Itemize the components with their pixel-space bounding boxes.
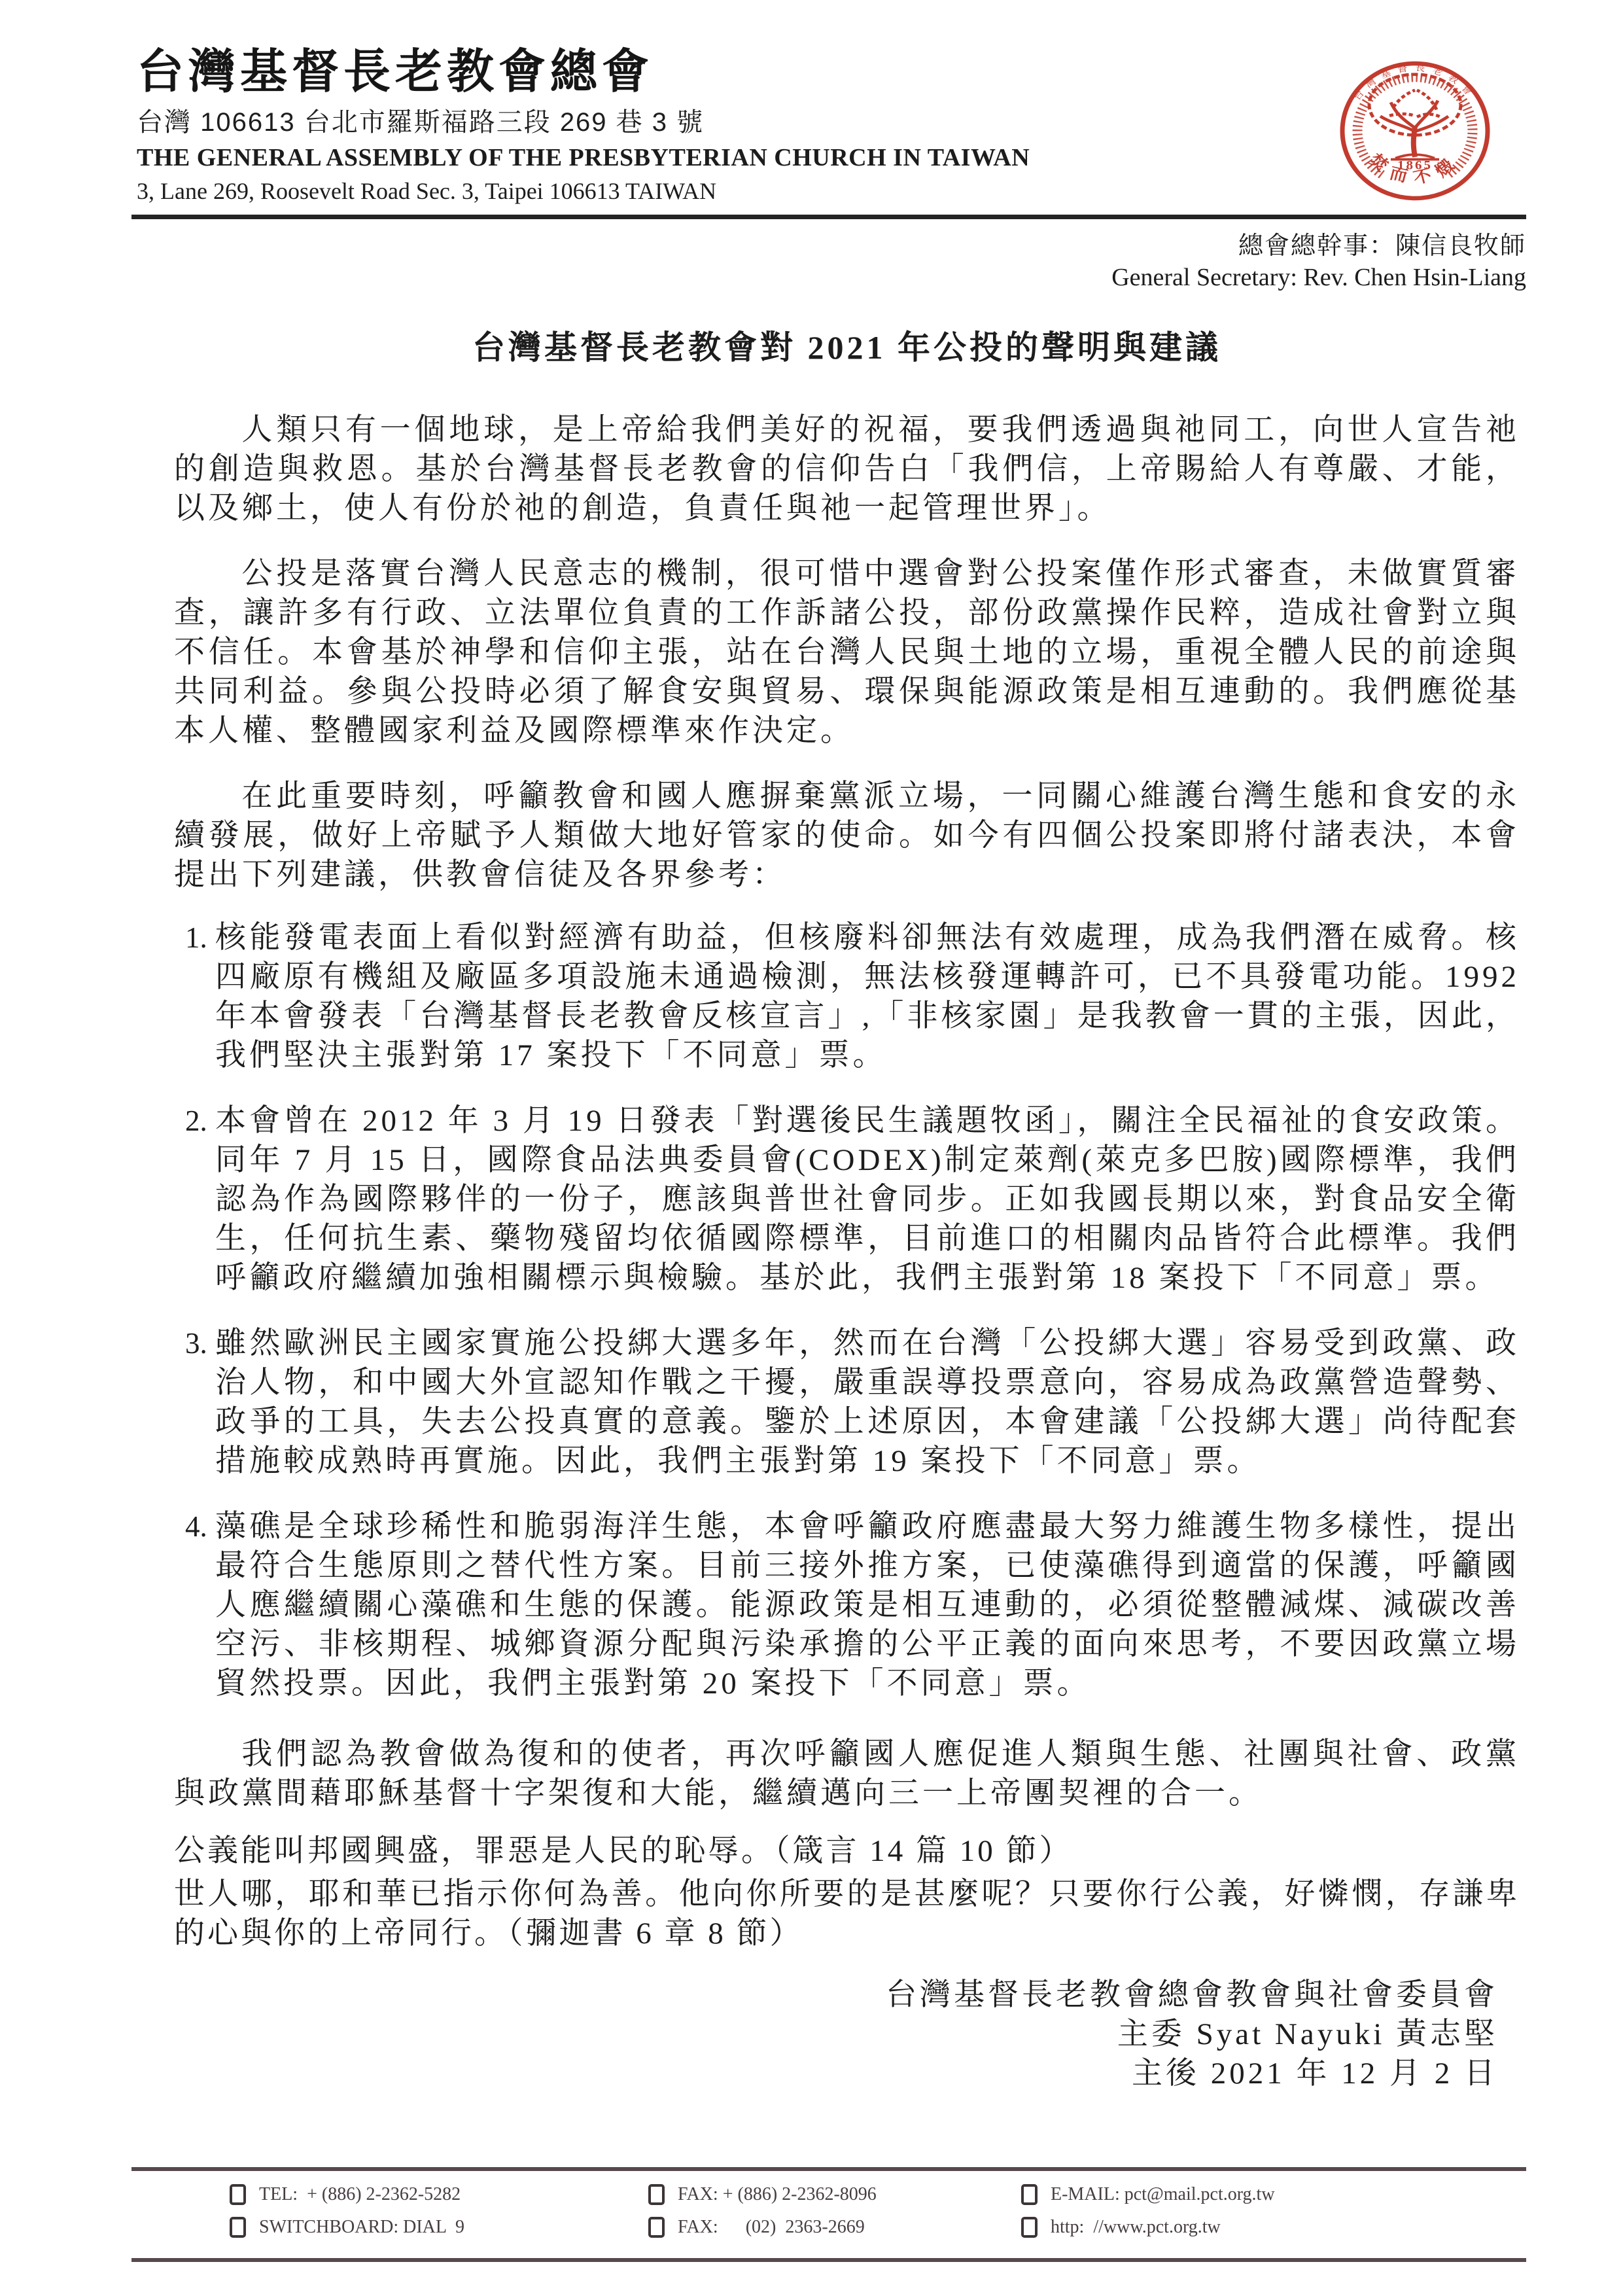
list-item: 4. 藻礁是全球珍稀性和脆弱海洋生態，本會呼籲政府應盡最大努力維護生物多樣性，提… (174, 1507, 1520, 1703)
signature-block: 台灣基督長老教會總會教會與社會委員會 主委 Syat Nayuki 黃志堅 主後… (174, 1975, 1520, 2093)
checkbox-icon (1021, 2184, 1038, 2205)
paragraph-intro: 人類只有一個地球，是上帝給我們美好的祝福，要我們透過與祂同工，向世人宣告祂的創造… (174, 410, 1520, 528)
list-item: 3. 雖然歐洲民主國家實施公投綁大選多年，然而在台灣「公投綁大選」容易受到政黨、… (174, 1324, 1520, 1481)
checkbox-icon (648, 2217, 665, 2238)
footer-item-tel: TEL: + (886) 2-2362-5282 (230, 2181, 464, 2208)
secretary-title-zh: 總會總幹事：陳信良牧師 (1111, 230, 1526, 262)
signature-committee: 台灣基督長老教會總會教會與社會委員會 (174, 1975, 1498, 2015)
signature-date: 主後 2021 年 12 月 2 日 (174, 2054, 1498, 2093)
footer-contact-bar: TEL: + (886) 2-2362-5282 SWITCHBOARD: DI… (131, 2167, 1526, 2262)
checkbox-icon (230, 2184, 246, 2205)
item-text: 雖然歐洲民主國家實施公投綁大選多年，然而在台灣「公投綁大選」容易受到政黨、政治人… (215, 1324, 1520, 1481)
checkbox-icon (230, 2217, 246, 2238)
secretary-block: 總會總幹事：陳信良牧師 General Secretary: Rev. Chen… (1111, 230, 1526, 293)
secretary-title-en: General Secretary: Rev. Chen Hsin-Liang (1111, 262, 1526, 293)
item-number: 3. (185, 1324, 215, 1481)
document-body: 台灣基督長老教會對 2021 年公投的聲明與建議 人類只有一個地球，是上帝給我們… (174, 324, 1520, 2093)
church-seal: 台灣基督長老教會 1865 焚而不燬 (1333, 55, 1497, 207)
item-number: 4. (185, 1507, 215, 1703)
header-divider (131, 215, 1526, 219)
org-name-en: THE GENERAL ASSEMBLY OF THE PRESBYTERIAN… (137, 143, 1030, 173)
document-title: 台灣基督長老教會對 2021 年公投的聲明與建議 (174, 329, 1520, 366)
signature-chair: 主委 Syat Nayuki 黃志堅 (174, 2015, 1498, 2054)
footer-text: TEL: + (886) 2-2362-5282 (259, 2184, 461, 2205)
org-address-zh: 台灣 106613 台北市羅斯福路三段 269 巷 3 號 (137, 106, 1030, 139)
footer-item-fax2: FAX: (02) 2363-2669 (648, 2214, 877, 2240)
paragraph-referendum-mechanism: 公投是落實台灣人民意志的機制，很可惜中選會對公投案僅作形式審查，未做實質審查，讓… (174, 554, 1520, 751)
checkbox-icon (1021, 2217, 1038, 2238)
item-text: 核能發電表面上看似對經濟有助益，但核廢料卻無法有效處理，成為我們潛在威脅。核四廠… (215, 918, 1520, 1075)
footer-item-email: E-MAIL: pct@mail.pct.org.tw (1021, 2181, 1275, 2208)
footer-item-switchboard: SWITCHBOARD: DIAL 9 (230, 2214, 464, 2240)
footer-column-web: E-MAIL: pct@mail.pct.org.tw http: //www.… (1021, 2181, 1275, 2247)
footer-text: SWITCHBOARD: DIAL 9 (259, 2217, 464, 2238)
footer-text: E-MAIL: pct@mail.pct.org.tw (1051, 2184, 1275, 2205)
item-text: 藻礁是全球珍稀性和脆弱海洋生態，本會呼籲政府應盡最大努力維護生物多樣性，提出最符… (215, 1507, 1520, 1703)
checkbox-icon (648, 2184, 665, 2205)
paragraph-closing: 我們認為教會做為復和的使者，再次呼籲國人應促進人類與生態、社團與社會、政黨與政黨… (174, 1735, 1520, 1813)
paragraph-call: 在此重要時刻，呼籲教會和國人應摒棄黨派立場，一同關心維護台灣生態和食安的永續發展… (174, 777, 1520, 894)
scripture-quote-proverbs: 公義能叫邦國興盛，罪惡是人民的恥辱。（箴言 14 篇 10 節） (174, 1831, 1520, 1871)
item-text: 本會曾在 2012 年 3 月 19 日發表「對選後民生議題牧函」，關注全民福祉… (215, 1101, 1520, 1298)
document-page: 台灣基督長老教會總會 台灣 106613 台北市羅斯福路三段 269 巷 3 號… (0, 0, 1623, 2296)
list-item: 1. 核能發電表面上看似對經濟有助益，但核廢料卻無法有效處理，成為我們潛在威脅。… (174, 918, 1520, 1075)
item-number: 1. (185, 918, 215, 1075)
footer-item-website: http: //www.pct.org.tw (1021, 2214, 1275, 2240)
footer-text: http: //www.pct.org.tw (1051, 2217, 1221, 2238)
letterhead: 台灣基督長老教會總會 台灣 106613 台北市羅斯福路三段 269 巷 3 號… (137, 43, 1030, 205)
footer-item-fax1: FAX: + (886) 2-2362-8096 (648, 2181, 877, 2208)
scripture-quote-micah: 世人哪，耶和華已指示你何為善。他向你所要的是甚麼呢？只要你行公義，好憐憫，存謙卑… (174, 1875, 1520, 1953)
footer-column-fax: FAX: + (886) 2-2362-8096 FAX: (02) 2363-… (648, 2181, 877, 2247)
org-address-en: 3, Lane 269, Roosevelt Road Sec. 3, Taip… (137, 177, 1030, 205)
footer-text: FAX: + (886) 2-2362-8096 (678, 2184, 877, 2205)
recommendation-list: 1. 核能發電表面上看似對經濟有助益，但核廢料卻無法有效處理，成為我們潛在威脅。… (174, 918, 1520, 1703)
item-number: 2. (185, 1101, 215, 1298)
footer-column-phone: TEL: + (886) 2-2362-5282 SWITCHBOARD: DI… (230, 2181, 464, 2247)
list-item: 2. 本會曾在 2012 年 3 月 19 日發表「對選後民生議題牧函」，關注全… (174, 1101, 1520, 1298)
org-name-zh: 台灣基督長老教會總會 (137, 43, 1030, 101)
footer-text: FAX: (02) 2363-2669 (678, 2217, 865, 2238)
